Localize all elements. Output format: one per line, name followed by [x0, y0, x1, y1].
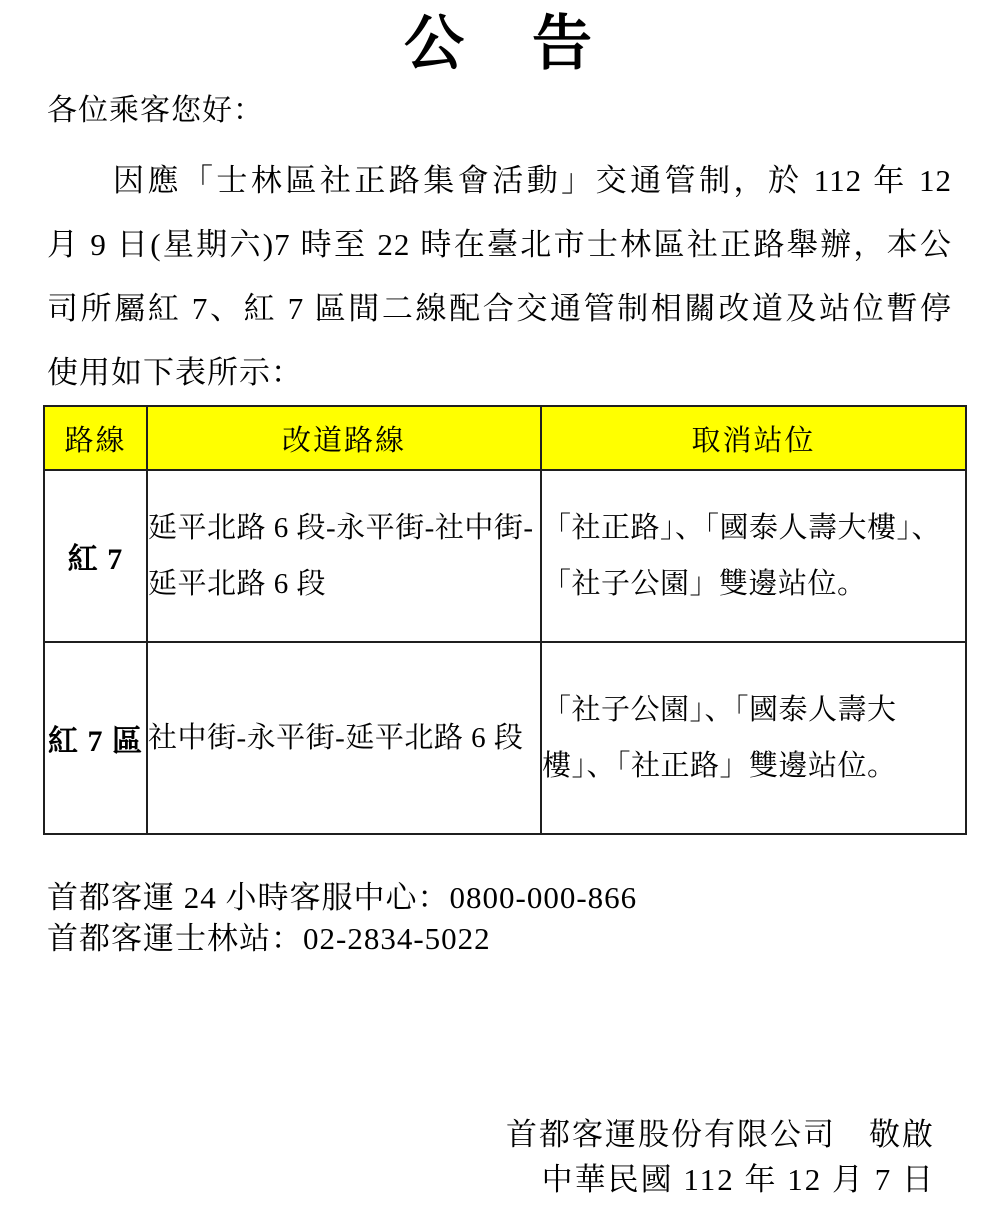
table-row: 紅 7 延平北路 6 段-永平街-社中街-延平北路 6 段 「社正路」、「國泰人… — [44, 470, 966, 642]
paragraph-line: 司所屬紅 7、紅 7 區間二線配合交通管制相關改道及站位暫停 — [47, 277, 952, 341]
column-header-detour: 改道路線 — [147, 406, 541, 470]
route-name: 紅 7 區 — [44, 642, 147, 834]
table-header-row: 路線 改道路線 取消站位 — [44, 406, 966, 470]
paragraph-line: 因應「士林區社正路集會活動」交通管制，於 112 年 12 — [47, 149, 952, 213]
contact-info: 首都客運 24 小時客服中心：0800-000-866 首都客運士林站：02-2… — [47, 877, 1000, 959]
company-signature: 首都客運股份有限公司 敬啟 — [506, 1112, 935, 1157]
hotline-number: 首都客運 24 小時客服中心：0800-000-866 — [47, 877, 1000, 918]
table-row: 紅 7 區 社中街-永平街-延平北路 6 段 「社子公園」、「國泰人壽大樓」、「… — [44, 642, 966, 834]
notice-title: 公 告 — [0, 5, 1000, 83]
column-header-route: 路線 — [44, 406, 147, 470]
detour-route: 社中街-永平街-延平北路 6 段 — [147, 642, 541, 834]
column-header-cancelled: 取消站位 — [541, 406, 966, 470]
route-name: 紅 7 — [44, 470, 147, 642]
detour-table: 路線 改道路線 取消站位 紅 7 延平北路 6 段-永平街-社中街-延平北路 6… — [43, 405, 967, 835]
detour-route: 延平北路 6 段-永平街-社中街-延平北路 6 段 — [147, 470, 541, 642]
paragraph-line: 使用如下表所示： — [47, 341, 952, 405]
greeting-line: 各位乘客您好： — [47, 91, 1000, 131]
notice-document: 公 告 各位乘客您好： 因應「士林區社正路集會活動」交通管制，於 112 年 1… — [0, 0, 1000, 1210]
cancelled-stops: 「社正路」、「國泰人壽大樓」、「社子公園」雙邊站位。 — [541, 470, 966, 642]
notice-date: 中華民國 112 年 12 月 7 日 — [506, 1157, 935, 1202]
paragraph-line: 月 9 日(星期六)7 時至 22 時在臺北市士林區社正路舉辦，本公 — [47, 213, 952, 277]
signature-block: 首都客運股份有限公司 敬啟 中華民國 112 年 12 月 7 日 — [506, 1112, 935, 1202]
cancelled-stops: 「社子公園」、「國泰人壽大樓」、「社正路」雙邊站位。 — [541, 642, 966, 834]
station-number: 首都客運士林站：02-2834-5022 — [47, 918, 1000, 959]
body-paragraph: 因應「士林區社正路集會活動」交通管制，於 112 年 12 月 9 日(星期六)… — [47, 149, 952, 405]
